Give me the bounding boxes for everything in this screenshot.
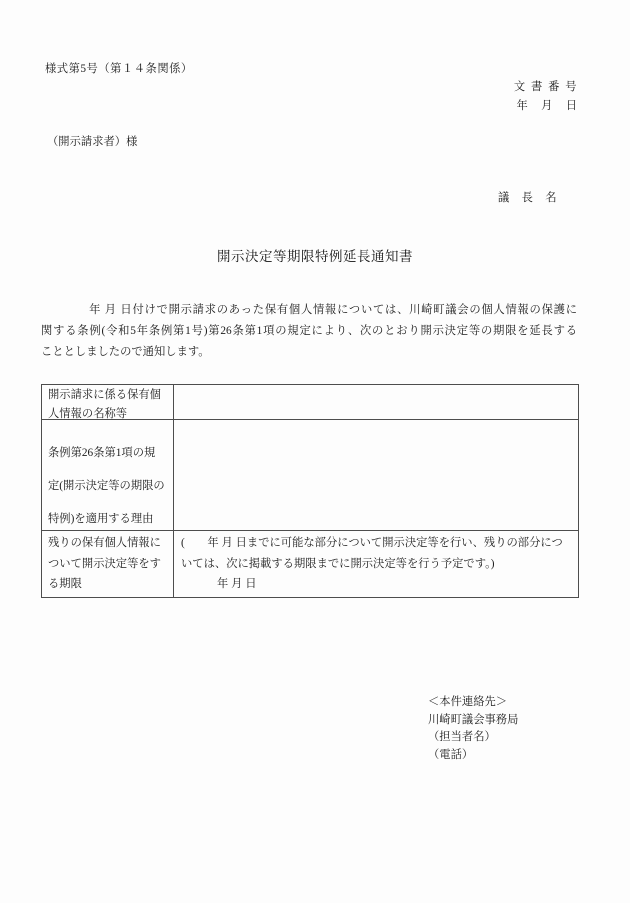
table-row-2-value [174, 420, 578, 531]
table-row-2-label-line-1: 条例第26条第1項の規 [48, 437, 169, 470]
table-row-2-label: 条例第26条第1項の規 定(開示決定等の期限の 特例)を適用する理由 [42, 420, 174, 531]
table-row-3-value: ( 年 月 日までに可能な部分について開示決定等を行い、残りの部分につ いては、… [174, 531, 578, 597]
table-row-3-value-line-2: いては、次に掲載する期限までに開示決定等を行う予定です。) [181, 554, 574, 575]
contact-office-line: 川崎町議会事務局 [428, 712, 518, 730]
contact-phone-line: （電話） [428, 747, 518, 765]
table-row-2-label-line-3: 特例)を適用する理由 [48, 503, 169, 531]
notice-table: 開示請求に係る保有個 人情報の名称等 条例第26条第1項の規 定(開示決定等の期… [41, 384, 579, 598]
header-right-block: 文 書 番 号 年 月 日 [514, 78, 578, 116]
body-paragraph: 年 月 日付けで開示請求のあった保有個人情報については、川崎町議会の個人情報の保… [41, 300, 577, 363]
table-row-1-value [174, 385, 578, 420]
table-row-3-value-date-line: 年 月 日 [181, 574, 574, 595]
addressee-line: （開示請求者）様 [47, 133, 137, 149]
table-row-1-label-line-2: 人情報の名称等 [48, 405, 169, 421]
table-row-3-label-line-2: ついて開示決定等をす [48, 554, 169, 575]
table-row-3-label: 残りの保有個人情報に ついて開示決定等をす る期限 [42, 531, 174, 597]
table-row-1-label: 開示請求に係る保有個 人情報の名称等 [42, 385, 174, 420]
contact-heading: ＜本件連絡先＞ [428, 694, 518, 712]
table-row-2-label-line-2: 定(開示決定等の期限の [48, 470, 169, 503]
contact-person-line: （担当者名） [428, 729, 518, 747]
body-line-3: こととしましたので通知します。 [41, 342, 577, 363]
table-row-3-label-line-1: 残りの保有個人情報に [48, 533, 169, 554]
body-line-2: 関する条例(令和5年条例第1号)第26条第1項の規定により、次のとおり開示決定等… [41, 321, 577, 342]
document-title: 開示決定等期限特例延長通知書 [0, 245, 630, 265]
signer-line: 議 長 名 [498, 189, 557, 205]
table-row-1-label-line-1: 開示請求に係る保有個 [48, 386, 169, 405]
document-page: 様式第5号（第１４条関係） 文 書 番 号 年 月 日 （開示請求者）様 議 長… [0, 0, 630, 903]
document-date-line: 年 月 日 [514, 97, 578, 116]
form-number: 様式第5号（第１４条関係） [45, 60, 193, 76]
document-number-label: 文 書 番 号 [514, 78, 578, 97]
table-row-3-label-line-3: る期限 [48, 574, 169, 595]
body-line-1: 年 月 日付けで開示請求のあった保有個人情報については、川崎町議会の個人情報の保… [41, 300, 577, 321]
contact-block: ＜本件連絡先＞ 川崎町議会事務局 （担当者名） （電話） [428, 694, 518, 764]
table-row-3-value-line-1: ( 年 月 日までに可能な部分について開示決定等を行い、残りの部分につ [181, 533, 574, 554]
